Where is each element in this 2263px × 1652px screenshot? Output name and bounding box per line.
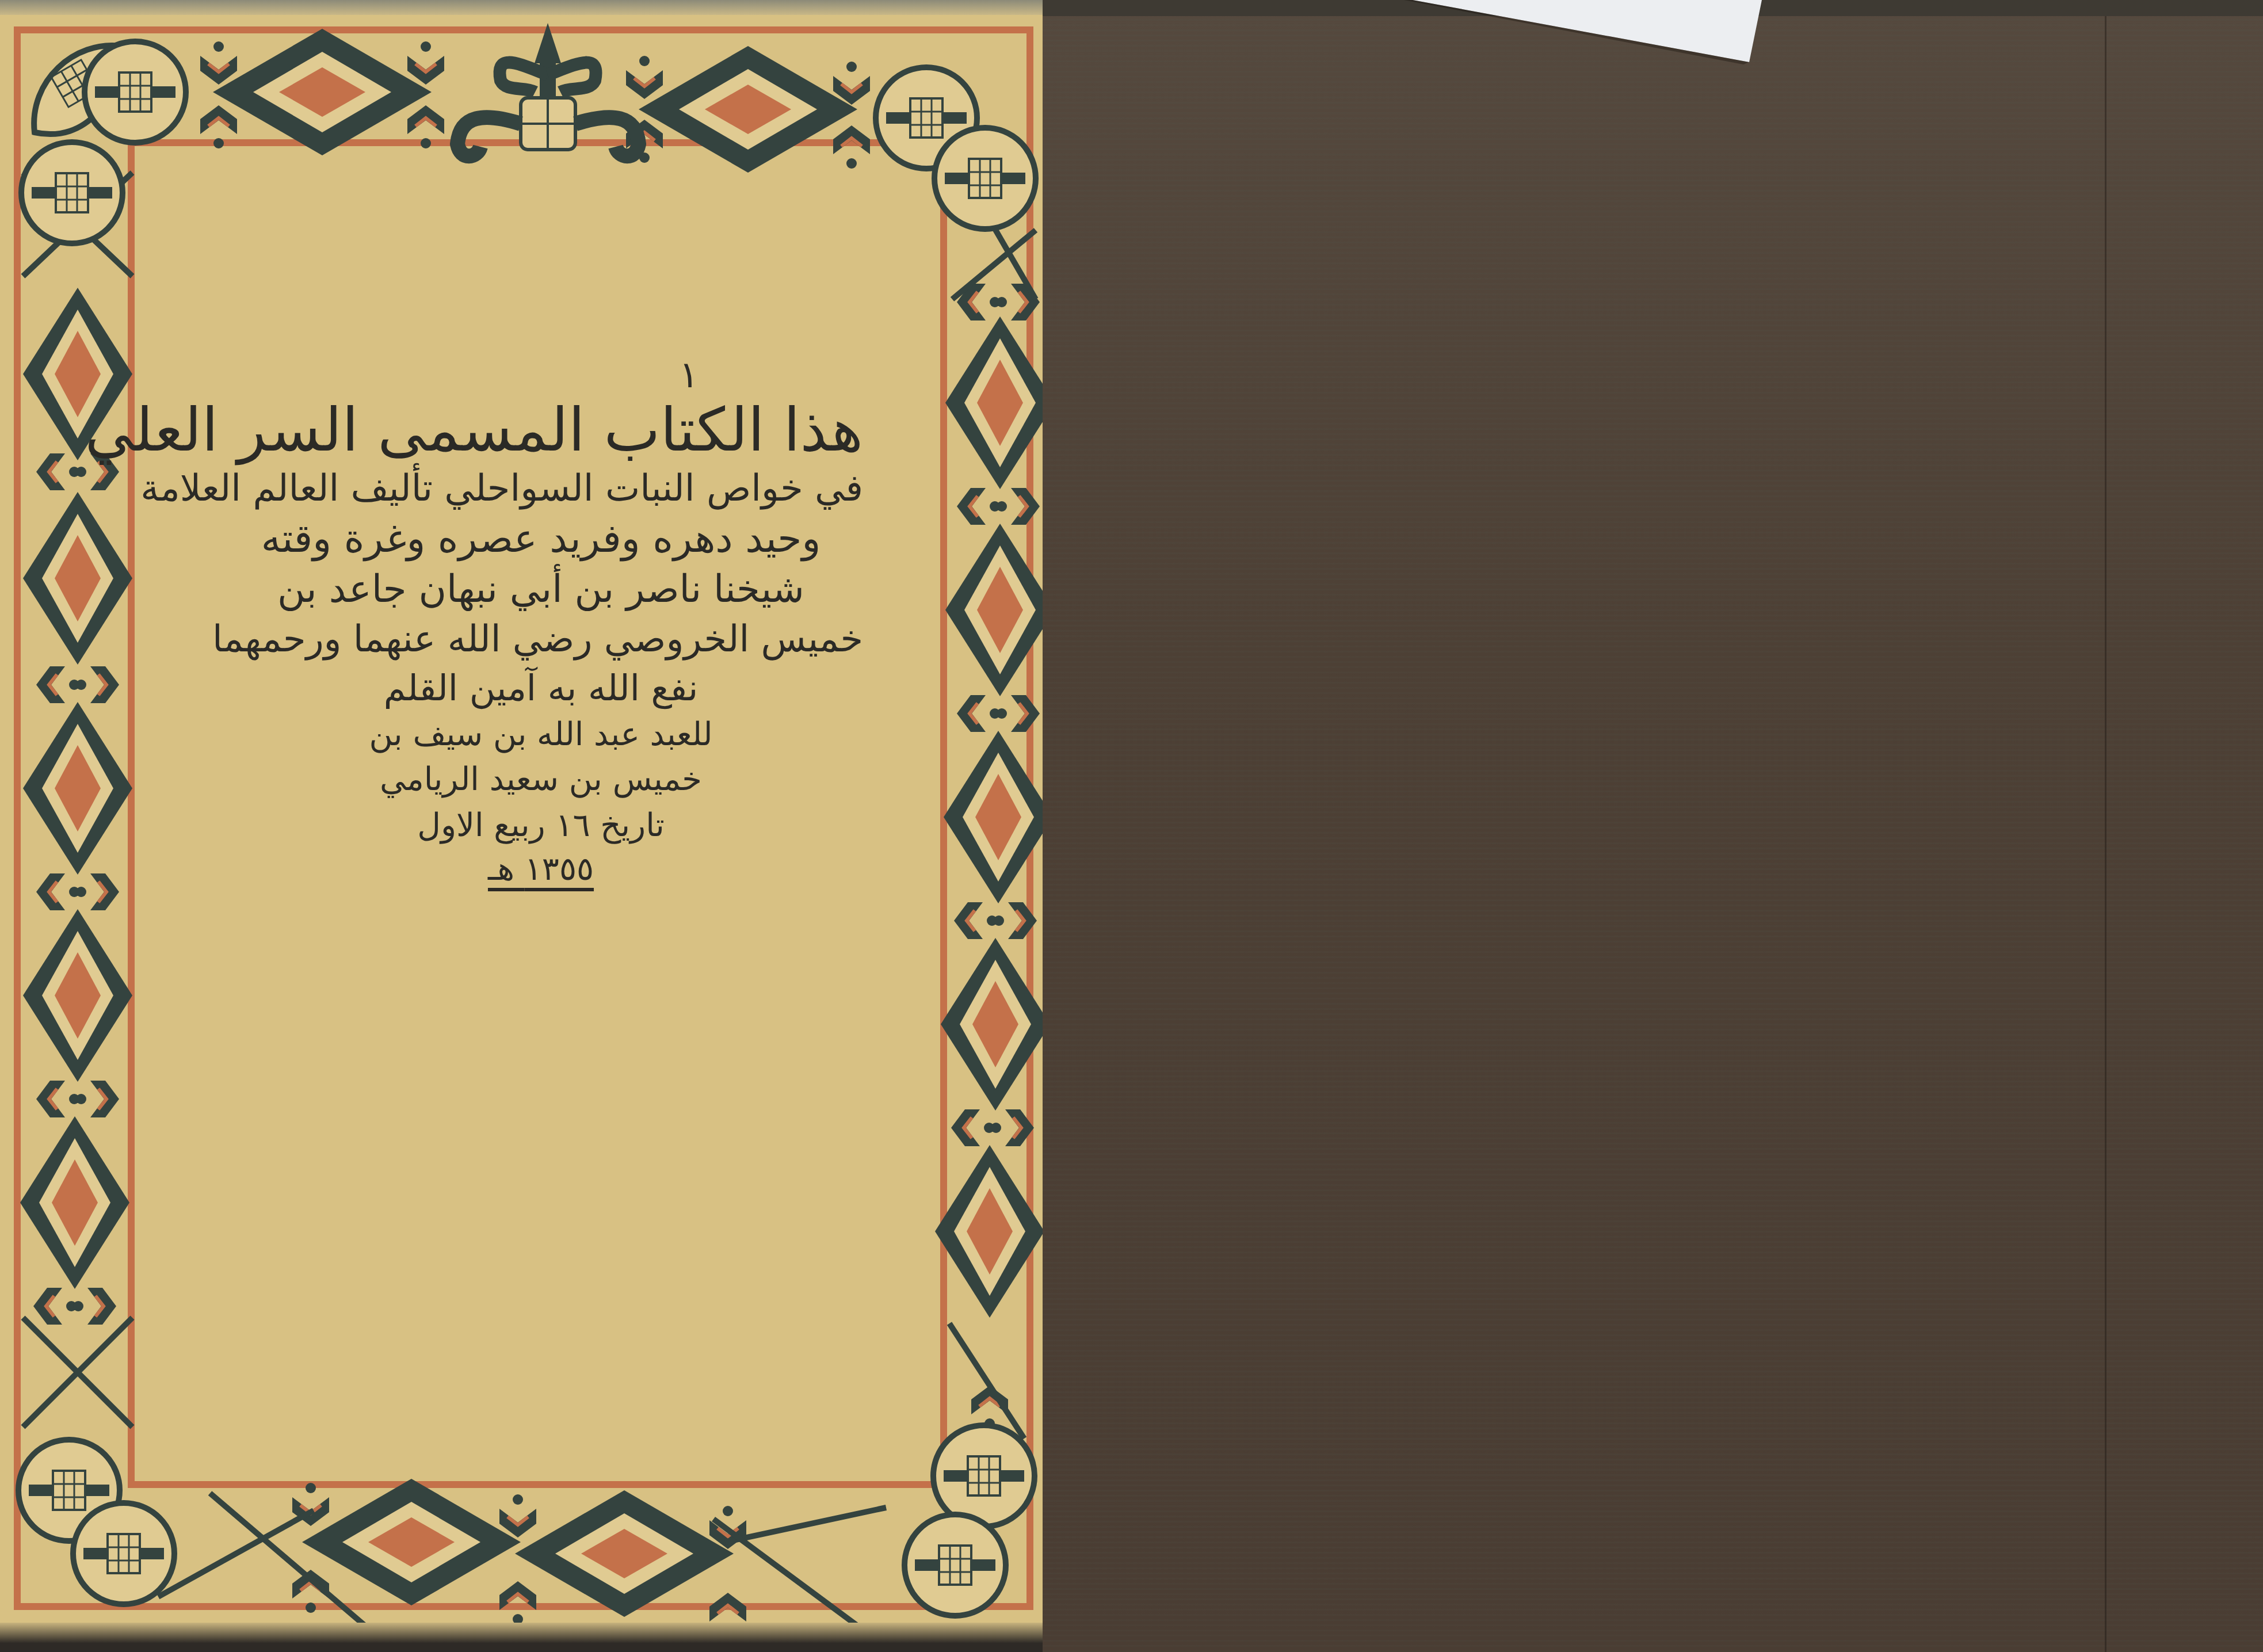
brown-cover-board: [1030, 0, 2263, 1652]
title-line-4: شيخنا ناصر بن أبي نبهان جاعد بن: [219, 570, 863, 608]
title-line-1: هذا الكتاب المسمى السر العلي: [219, 400, 863, 460]
date-line: تاريخ ١٦ ربيع الاول: [219, 810, 863, 842]
corner-top-right: [876, 67, 1036, 229]
year-line: ١٣٥٥ هـ: [219, 853, 863, 886]
board-crease-line: [2105, 16, 2106, 1652]
copyist-line-2: خميس بن سعيد الريامي: [219, 764, 863, 796]
manuscript-page: ١ هذا الكتاب المسمى السر العلي في خواص ا…: [0, 0, 1043, 1652]
title-line-3: وحيد دهره وفريد عصره وغرة وقته: [219, 520, 863, 559]
copyist-line-1: للعبد عبد الله بن سيف بن: [219, 719, 863, 751]
title-line-5: خميس الخروصي رضي الله عنهما ورحمهما: [219, 621, 863, 658]
title-line-6: نفع الله به آمين القلم: [219, 670, 863, 706]
title-text-block: هذا الكتاب المسمى السر العلي في خواص الن…: [219, 345, 863, 886]
title-line-2: في خواص النبات السواحلي تأليف العالم الع…: [219, 470, 863, 507]
top-center-ornament: [457, 23, 639, 156]
corner-bottom-right: [905, 1425, 1035, 1616]
board-top-edge: [1030, 0, 2263, 16]
page-bottom-edge: [0, 1623, 1043, 1652]
corner-bottom-left: [18, 1440, 174, 1604]
